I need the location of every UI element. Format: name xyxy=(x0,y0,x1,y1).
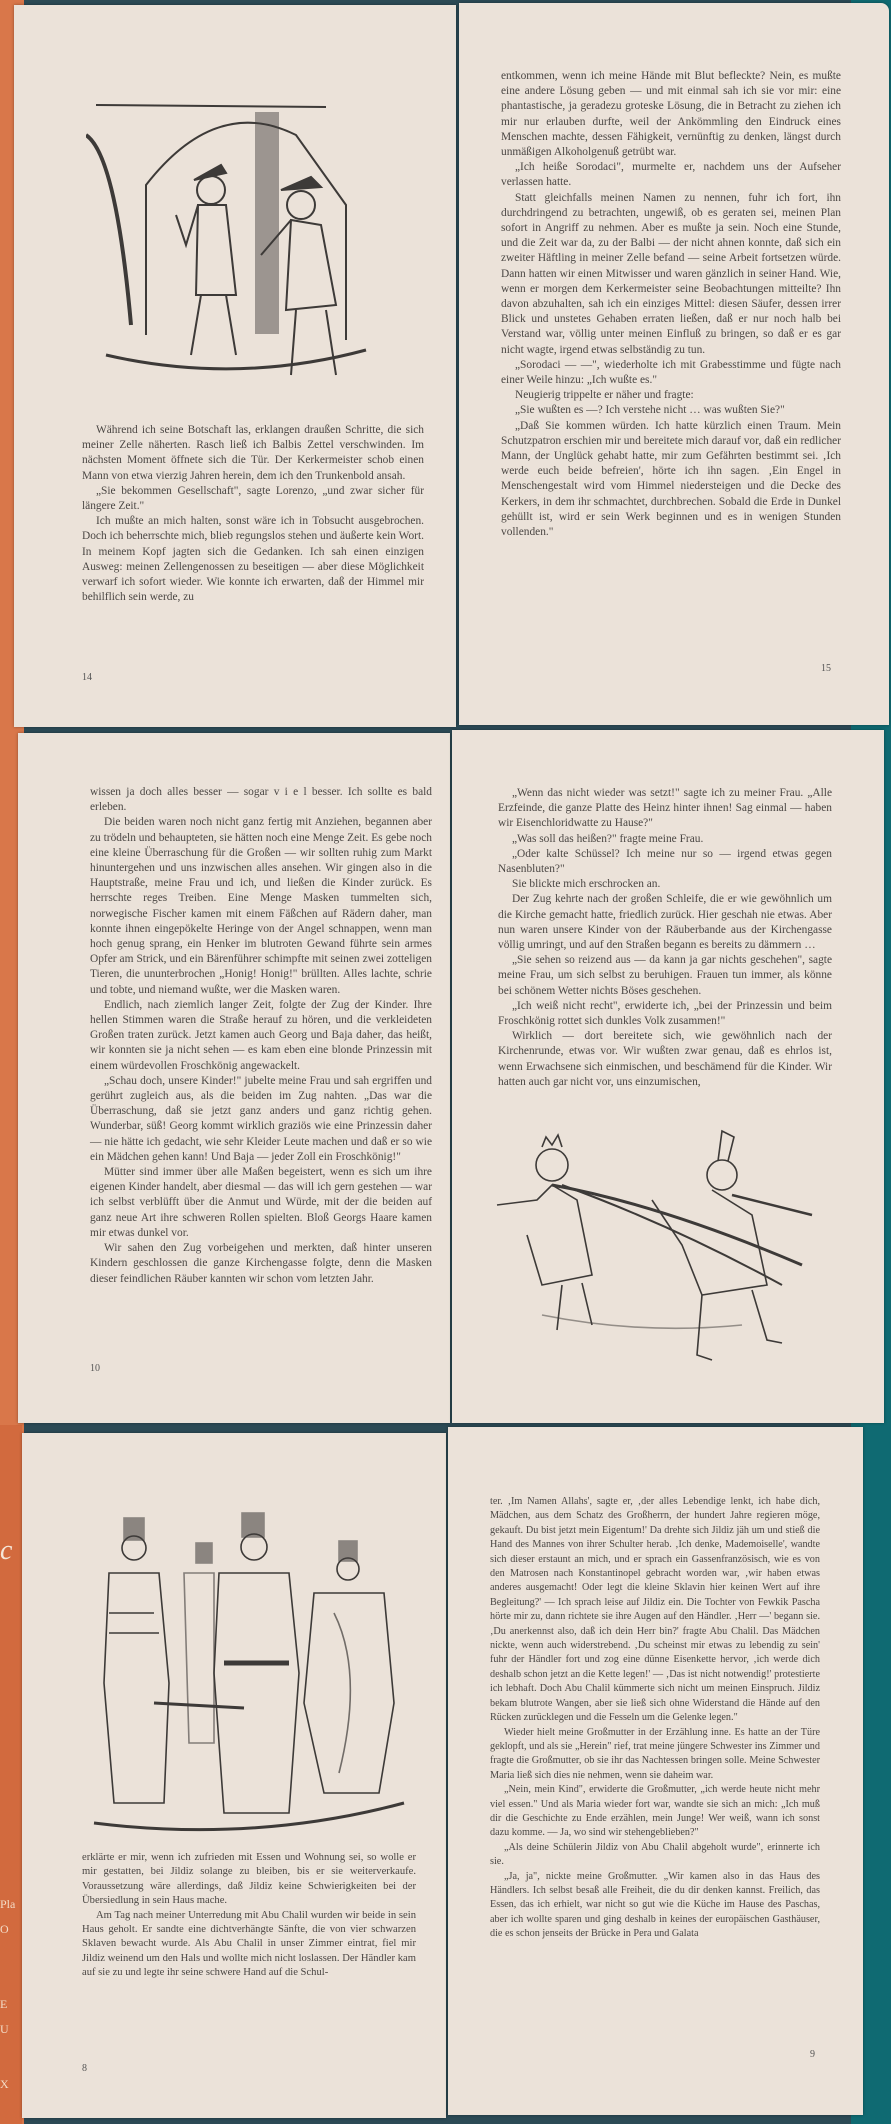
figure-right xyxy=(304,1541,394,1793)
paragraph: Während ich seine Botschaft las, erklang… xyxy=(82,423,424,484)
book-page-9: ter. ‚Im Namen Allahs', sagte er, ‚der a… xyxy=(448,1427,863,2115)
page-number: 10 xyxy=(90,1363,100,1374)
paragraph: „Sie wußten es —? Ich verstehe nicht … w… xyxy=(501,403,841,418)
cover-fragment-text: O xyxy=(0,1922,22,1937)
page-number: 14 xyxy=(82,672,92,683)
page-14-body-text: Während ich seine Botschaft las, erklang… xyxy=(82,423,424,605)
paragraph: „Ja, ja", nickte meine Großmutter. „Wir … xyxy=(490,1870,820,1942)
paragraph: Mütter sind immer über alle Maßen begeis… xyxy=(90,1165,432,1241)
paragraph: Am Tag nach meiner Unterredung mit Abu C… xyxy=(82,1909,416,1981)
page-9-body-text: ter. ‚Im Namen Allahs', sagte er, ‚der a… xyxy=(490,1495,820,1942)
paragraph: „Schau doch, unsere Kinder!" jubelte mei… xyxy=(90,1074,432,1165)
paragraph: Ich mußte an mich halten, sonst wäre ich… xyxy=(82,514,424,605)
book-page-15: entkommen, wenn ich meine Hände mit Blut… xyxy=(459,3,889,725)
paragraph: ter. ‚Im Namen Allahs', sagte er, ‚der a… xyxy=(490,1495,820,1726)
cover-letter: c xyxy=(0,1535,22,1567)
princess-and-frog-king-dancing-illustration xyxy=(482,1125,827,1375)
paragraph: Sie blickte mich erschrocken an. xyxy=(498,877,832,892)
book-page-8: erklärte er mir, wenn ich zufrieden mit … xyxy=(22,1433,446,2118)
cover-fragment-text: Pla xyxy=(0,1897,22,1912)
paragraph: „Sie sehen so reizend aus — da kann ja g… xyxy=(498,953,832,999)
paragraph: „Was soll das heißen?" fragte meine Frau… xyxy=(498,832,832,847)
paragraph: „Ich heiße Sorodaci", murmelte er, nachd… xyxy=(501,160,841,190)
paragraph: „Sorodaci — —", wiederholte ich mit Grab… xyxy=(501,358,841,388)
paragraph: Wir sahen den Zug vorbeigehen und merkte… xyxy=(90,1241,432,1287)
book-page-11: „Wenn das nicht wieder was setzt!" sagte… xyxy=(452,730,884,1423)
paragraph: Endlich, nach ziemlich langer Zeit, folg… xyxy=(90,998,432,1074)
four-men-in-fezzes-illustration xyxy=(84,1503,424,1843)
page-number: 15 xyxy=(821,663,831,674)
page-number: 8 xyxy=(82,2063,87,2074)
paragraph: „Wenn das nicht wieder was setzt!" sagte… xyxy=(498,786,832,832)
figure-back xyxy=(184,1543,214,1743)
paragraph: Neugierig trippelte er näher und fragte: xyxy=(501,388,841,403)
page-15-body-text: entkommen, wenn ich meine Hände mit Blut… xyxy=(501,69,841,540)
cover-fragment-text: U xyxy=(0,2022,22,2037)
page-number: 9 xyxy=(810,2049,815,2060)
paragraph: „Nein, mein Kind", erwiderte die Großmut… xyxy=(490,1783,820,1841)
page-10-body-text: wissen ja doch alles besser — sogar v i … xyxy=(90,785,432,1287)
page-8-body-text: erklärte er mir, wenn ich zufrieden mit … xyxy=(82,1851,416,1981)
paragraph: Die beiden waren noch nicht ganz fertig … xyxy=(90,815,432,997)
cover-fragment-text: E xyxy=(0,1997,22,2012)
book-page-10: wissen ja doch alles besser — sogar v i … xyxy=(18,733,450,1423)
page-11-body-text: „Wenn das nicht wieder was setzt!" sagte… xyxy=(498,786,832,1090)
figure-center xyxy=(154,1513,299,1813)
paragraph: „Daß Sie kommen würden. Ich hatte kürzli… xyxy=(501,419,841,541)
figure-left xyxy=(104,1518,169,1803)
paragraph: entkommen, wenn ich meine Hände mit Blut… xyxy=(501,69,841,160)
paragraph: erklärte er mir, wenn ich zufrieden mit … xyxy=(82,1851,416,1909)
paragraph: „Als deine Schülerin Jildiz von Abu Chal… xyxy=(490,1841,820,1870)
paragraph: „Ich weiß nicht recht", erwiderte ich, „… xyxy=(498,999,832,1029)
paragraph: wissen ja doch alles besser — sogar v i … xyxy=(90,785,432,815)
prison-cell-two-men-illustration xyxy=(86,95,386,400)
paragraph: „Oder kalte Schüssel? Ich meine nur so —… xyxy=(498,847,832,877)
cover-fragment-strip: c Pla O E U X xyxy=(0,1425,22,2124)
paragraph: Wieder hielt meine Großmutter in der Erz… xyxy=(490,1726,820,1784)
cover-fragment-text: X xyxy=(0,2077,22,2092)
paragraph: Wirklich — dort bereitete sich, wie gewö… xyxy=(498,1029,832,1090)
paragraph: Der Zug kehrte nach der großen Schleife,… xyxy=(498,892,832,953)
paragraph: Statt gleichfalls meinen Namen zu nennen… xyxy=(501,191,841,358)
paragraph: „Sie bekommen Gesellschaft", sagte Loren… xyxy=(82,484,424,514)
book-page-14: Während ich seine Botschaft las, erklang… xyxy=(14,5,456,727)
